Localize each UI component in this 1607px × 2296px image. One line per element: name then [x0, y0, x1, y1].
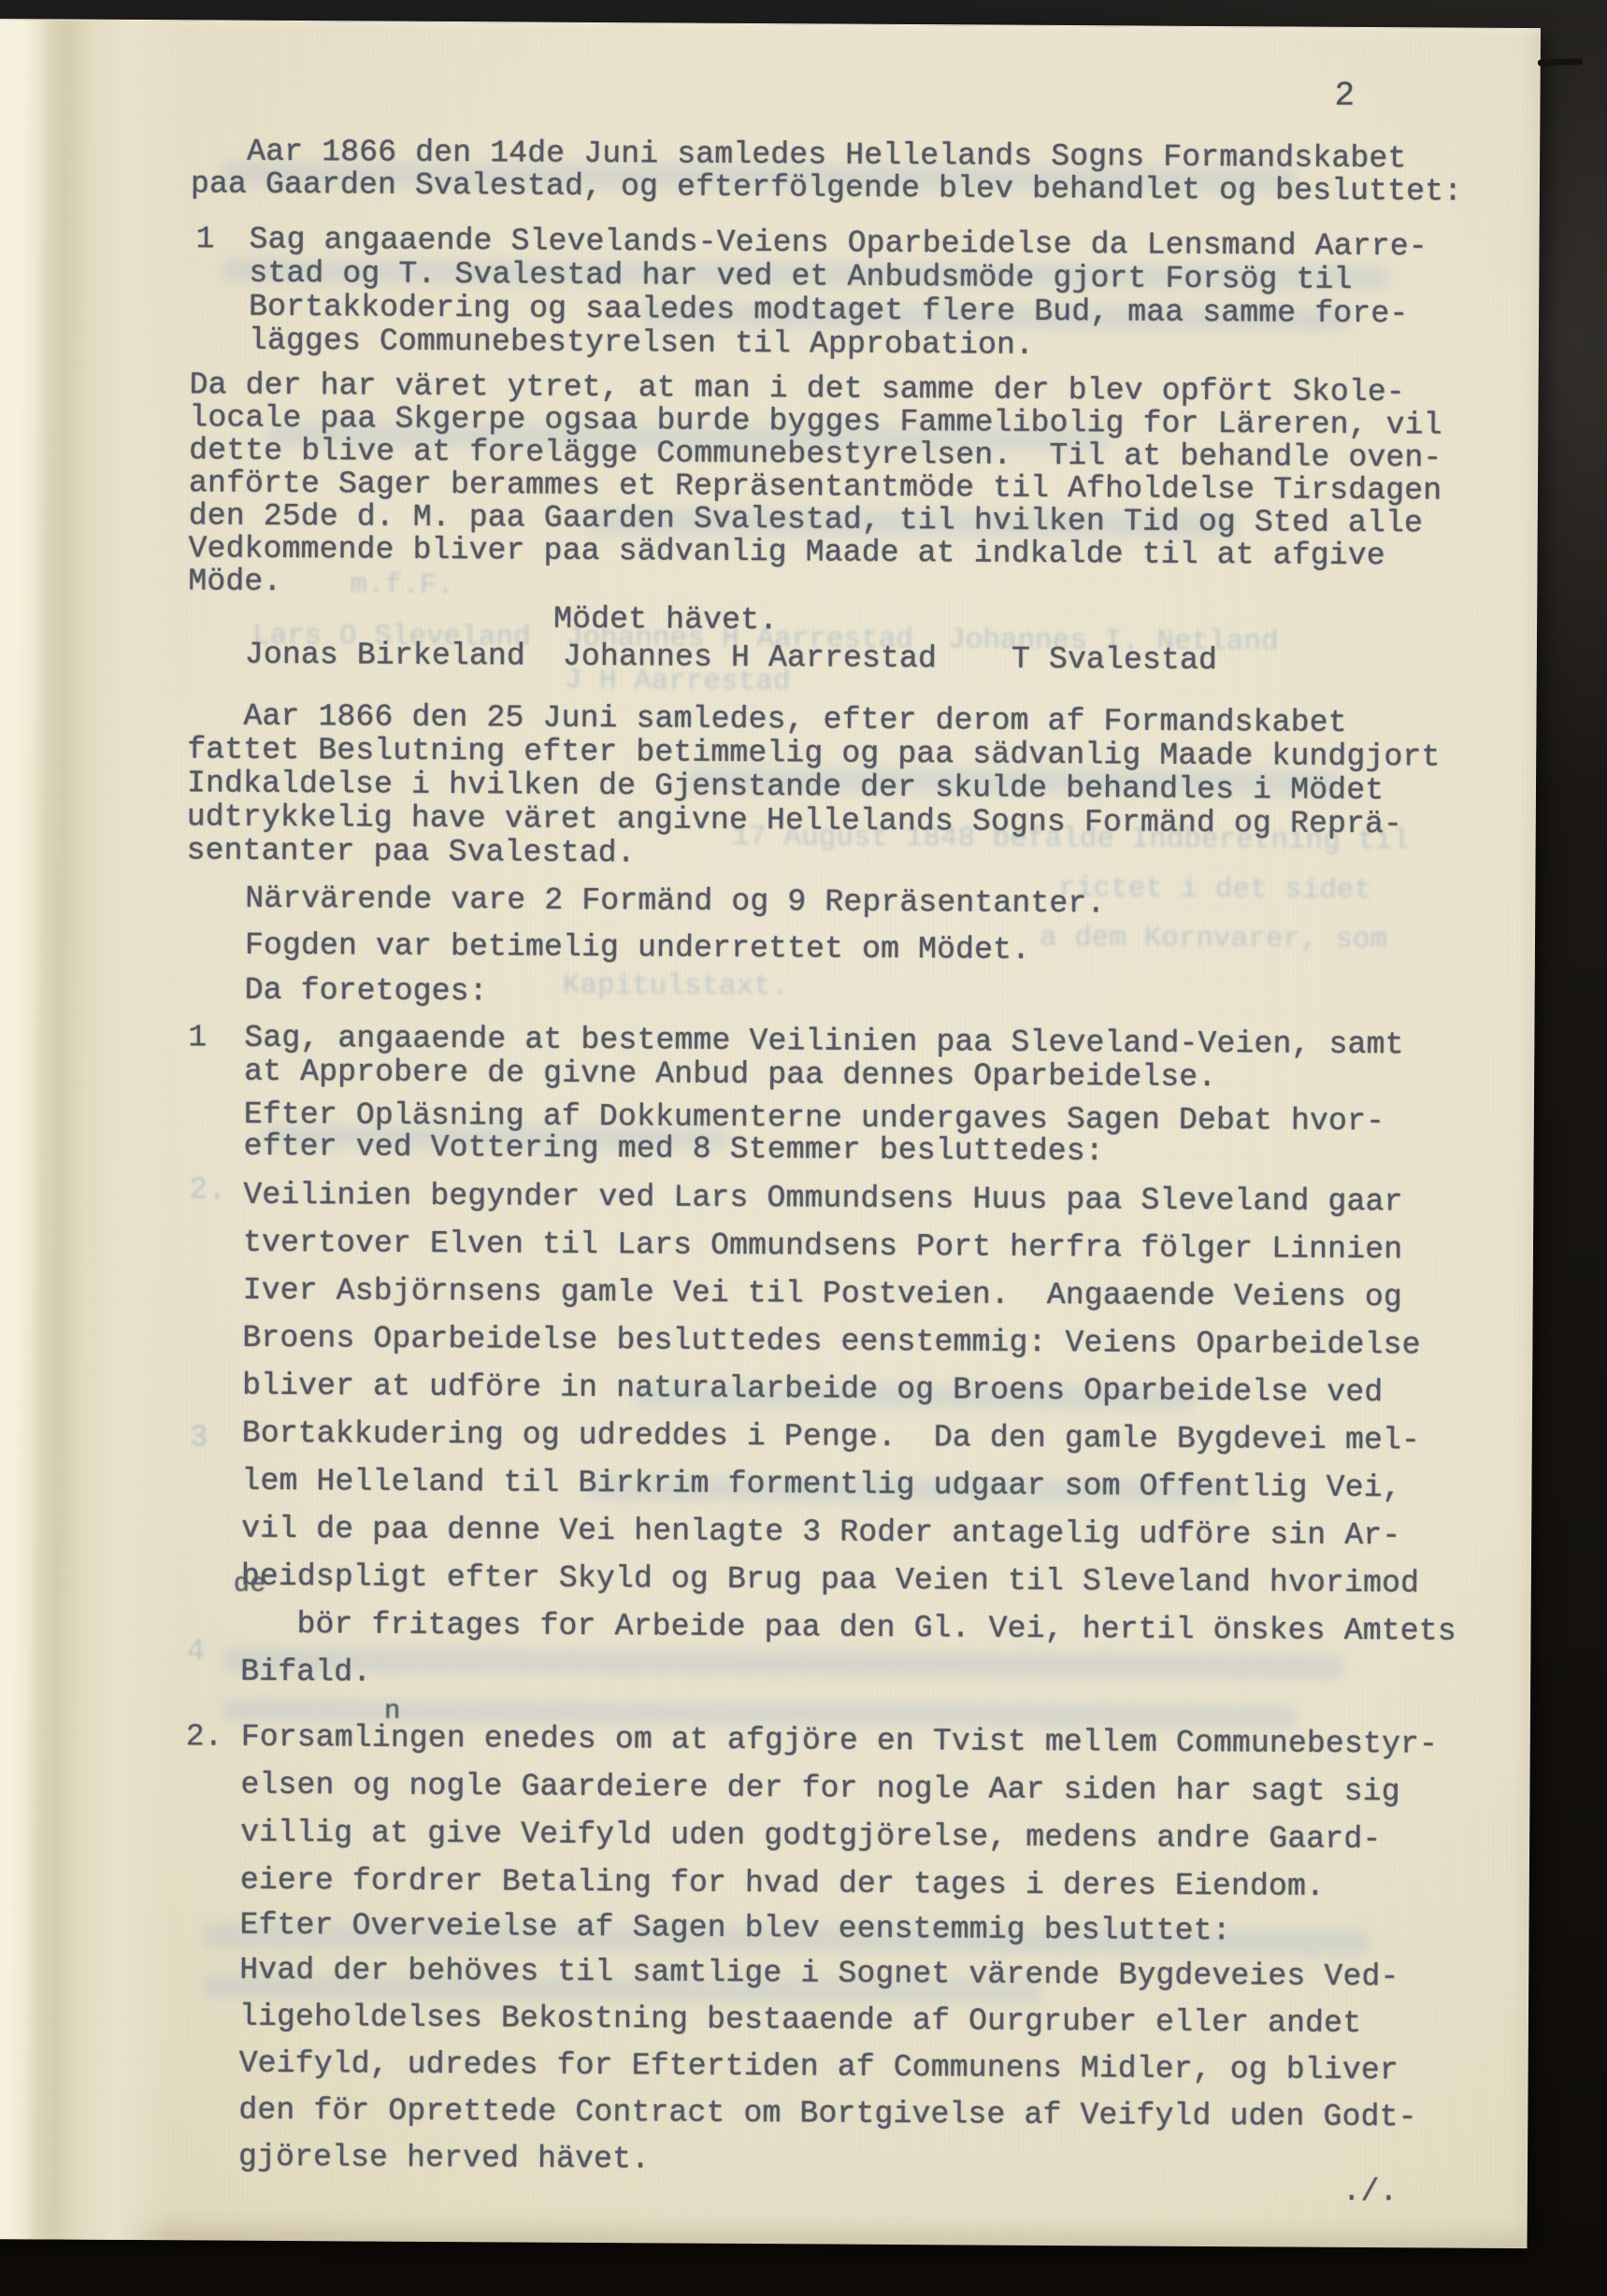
paragraph-roadfill-resolution: Hvad der behöves til samtlige i Sognet v…: [238, 1947, 1418, 2188]
list-item-1-meeting-2-marker: 1: [188, 1021, 207, 1055]
inserted-word-de: de: [234, 1569, 266, 1600]
list-item-2-meeting-2: Forsamlingen enedes om at afgjöre en Tvi…: [240, 1714, 1438, 1912]
list-item-2-meeting-2-marker: 2.: [186, 1713, 223, 1760]
line-unanimous-resolution: Efter Overveielse af Sagen blev eenstemm…: [239, 1909, 1230, 1948]
paragraph-debate: Efter Opläsning af Dokkumenterne underga…: [244, 1099, 1385, 1170]
signatures-meeting-1: Jonas Birkeland Johannes H Aarrestad T S…: [245, 639, 1217, 678]
line-fogden-notified: Fogden var betimelig underrettet om Möde…: [245, 929, 1030, 968]
line-proceedings: Da foretoges:: [245, 974, 488, 1010]
paragraph-road-resolution: Veilinien begynder ved Lars Ommundsens H…: [240, 1171, 1459, 1703]
paragraph-meeting-1-intro: Aar 1866 den 14de Juni samledes Hellelan…: [191, 135, 1463, 208]
list-item-1-meeting-1-marker: 1: [195, 222, 214, 256]
list-item-1-meeting-2: Sag, angaaende at bestemme Veilinien paa…: [244, 1022, 1404, 1097]
page-number: 2: [1334, 77, 1355, 115]
paragraph-school-housing: Da der har väret ytret, at man i det sam…: [188, 368, 1442, 605]
paragraph-meeting-2-intro: Aar 1866 den 25 Juni samledes, efter der…: [186, 699, 1440, 875]
document-page: m.f.F.Lars O Sleveland Johannes H Aarres…: [0, 19, 1541, 2248]
end-of-page-mark: ./.: [1342, 2174, 1399, 2209]
line-attendance: Närvärende vare 2 Formänd og 9 Repräsent…: [245, 883, 1105, 922]
inserted-letter-n: n: [384, 1696, 401, 1727]
typewritten-text-layer: Aar 1866 den 14de Juni samledes Hellelan…: [0, 20, 1541, 2248]
meeting-1-adjourned: Mödet hävet.: [553, 603, 778, 638]
list-item-1-meeting-1: Sag angaaende Slevelands-Veiens Oparbeid…: [249, 223, 1428, 366]
